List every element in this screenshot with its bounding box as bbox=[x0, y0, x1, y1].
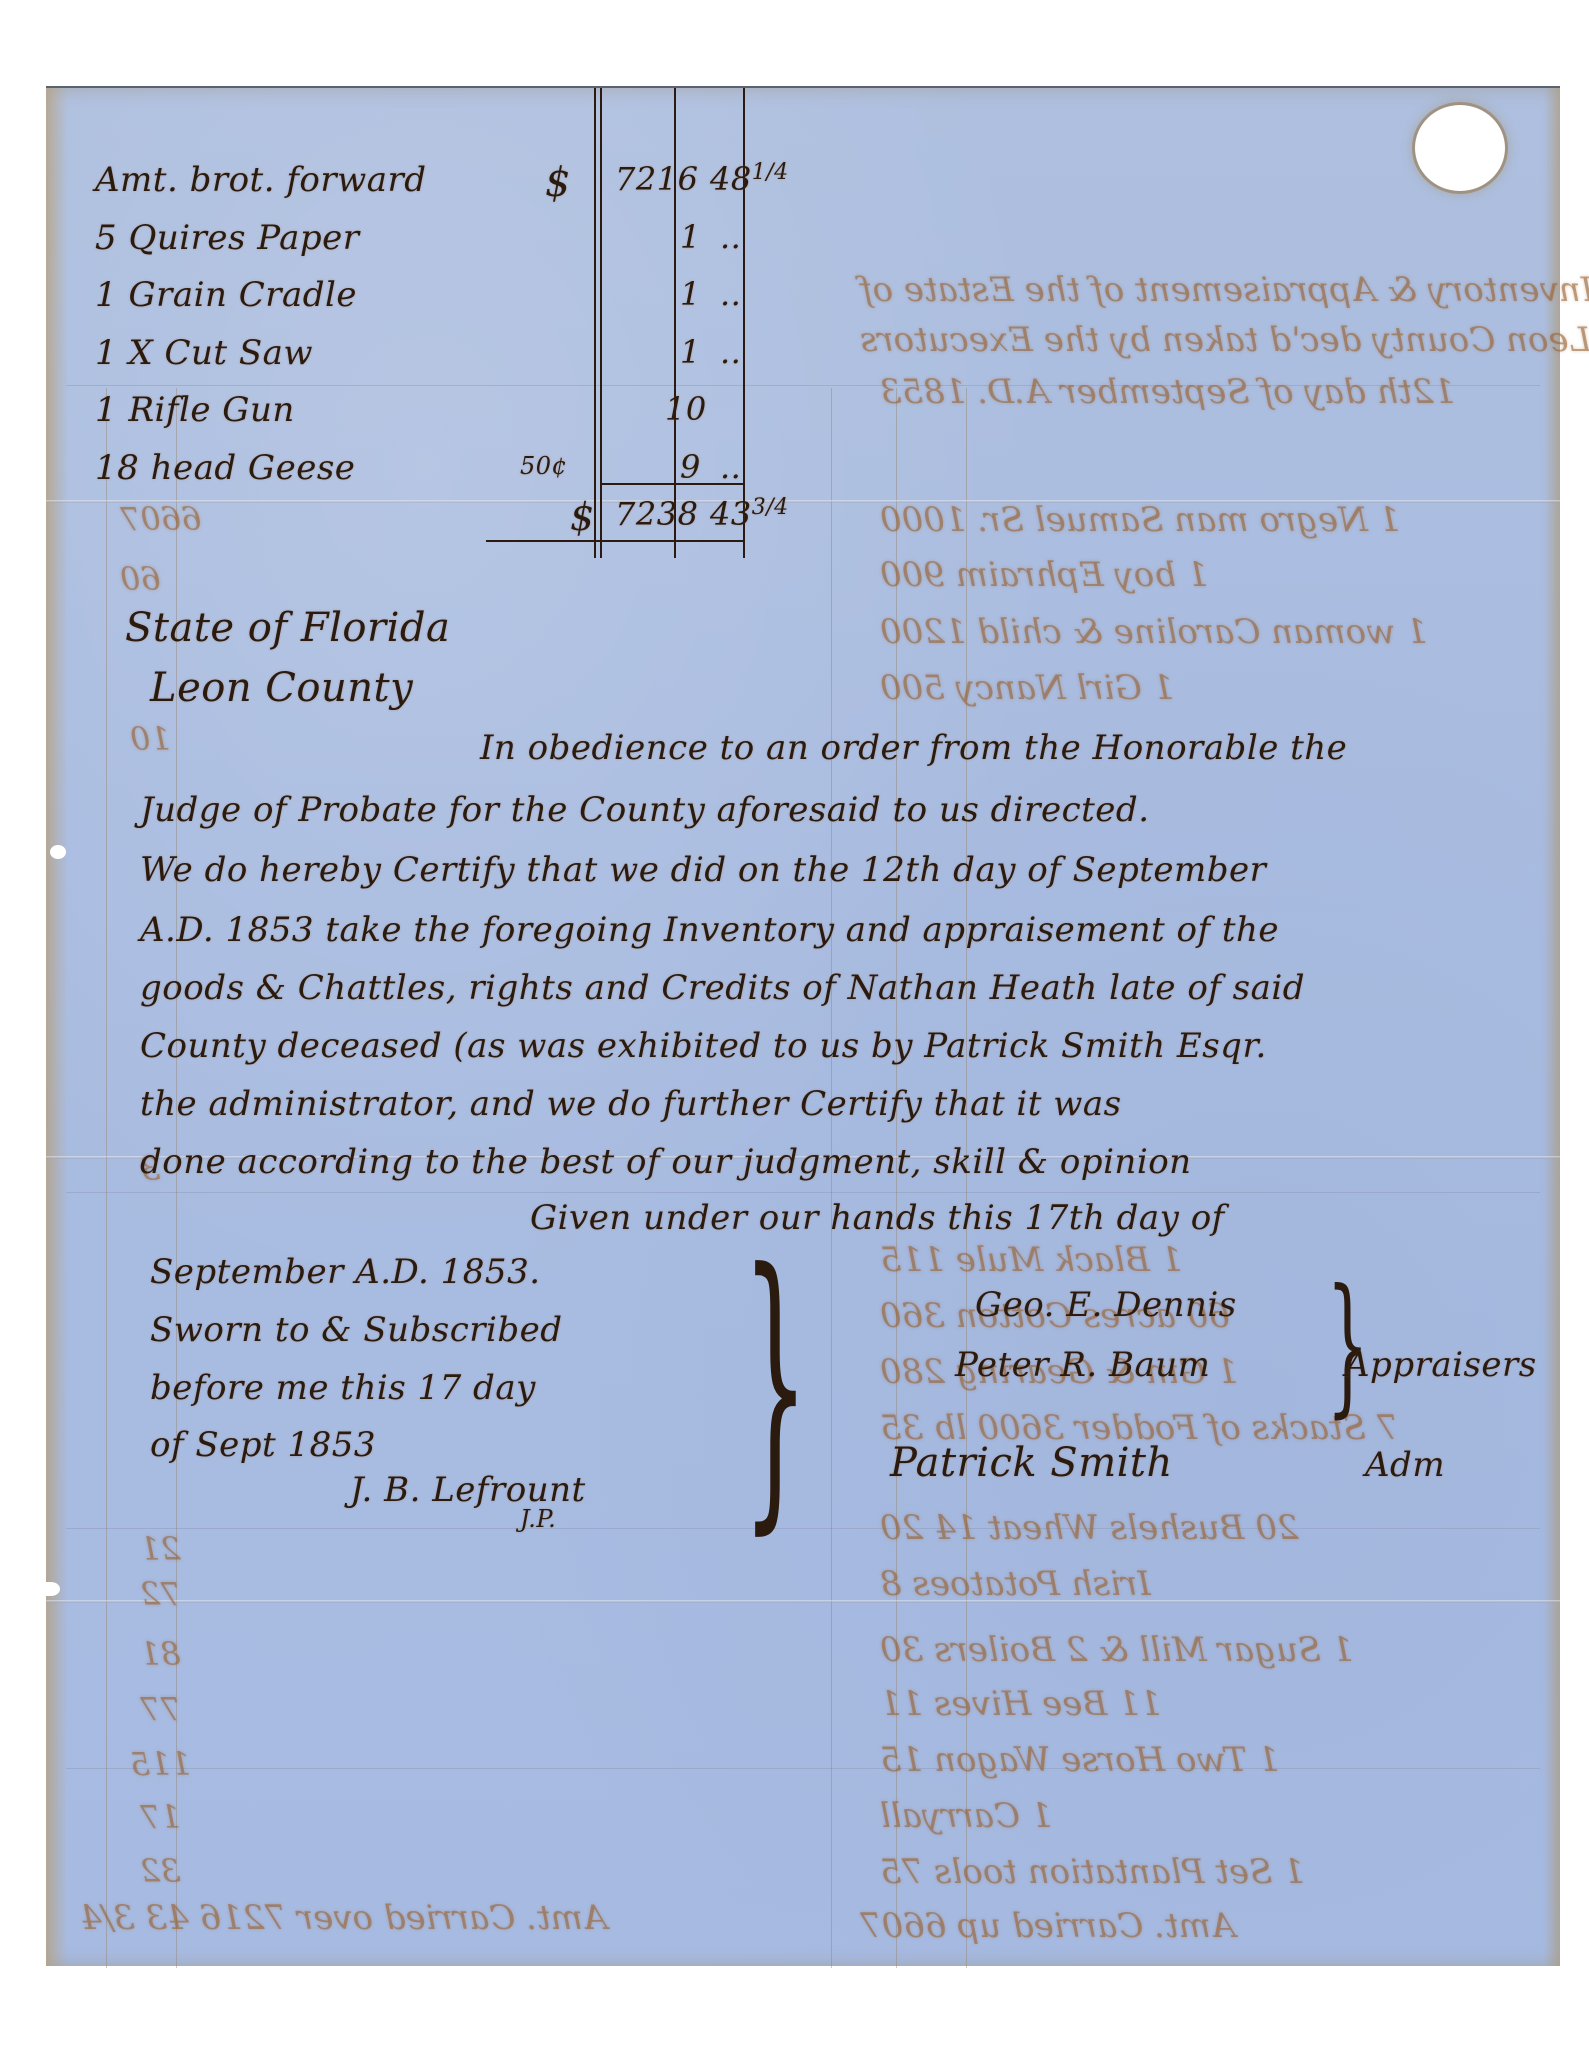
aged-edge-left bbox=[46, 88, 68, 1966]
ledger-item-dollars: 9 bbox=[680, 448, 701, 486]
ledger-item-description: 5 Quires Paper bbox=[95, 218, 359, 258]
jurat-brace: } bbox=[742, 1235, 809, 1535]
ledger-item-cents: 481/4 bbox=[710, 160, 789, 198]
certificate-line: goods & Chattles, rights and Credits of … bbox=[140, 968, 1305, 1008]
ledger-item-description: 18 head Geese bbox=[95, 448, 355, 488]
bleed-through-item: Irish Potatoes 8 bbox=[880, 1564, 1151, 1604]
justice-title: J.P. bbox=[520, 1505, 556, 1533]
ledger-item-dollars: 7216 bbox=[615, 160, 698, 198]
ledger-item-dollars: 1 bbox=[680, 275, 701, 313]
bleed-through-value: 77 bbox=[140, 1690, 181, 1728]
paper-fold bbox=[46, 1600, 1560, 1603]
ledger-ink-column bbox=[743, 88, 745, 558]
administrator-title: Adm bbox=[1365, 1445, 1445, 1485]
ledger-total-dollars: 7238 bbox=[615, 495, 698, 533]
ledger-rule bbox=[66, 1768, 1540, 1769]
bleed-through-item: 1 Girl Nancy 500 bbox=[880, 668, 1174, 708]
jurat-line: before me this 17 day bbox=[150, 1368, 536, 1408]
ledger-item-description: 1 Grain Cradle bbox=[95, 275, 357, 315]
ledger-item-cents: .. bbox=[720, 275, 741, 313]
certificate-line: Given under our hands this 17th day of bbox=[530, 1198, 1225, 1238]
certificate-state: State of Florida bbox=[125, 605, 450, 651]
ledger-item-cents: .. bbox=[720, 218, 741, 256]
bleed-through-value: 115 bbox=[130, 1745, 191, 1783]
bleed-through-value: 10 bbox=[130, 720, 171, 758]
bleed-through-item: Amt. Carried up 6607 bbox=[860, 1906, 1235, 1946]
paper-tear bbox=[50, 845, 66, 859]
ledger-item-cents: .. bbox=[720, 448, 741, 486]
bleed-through-header: 12th day of September A.D. 1853 bbox=[880, 372, 1455, 412]
bleed-through-value: 6607 bbox=[120, 500, 201, 538]
bleed-through-item: 1 Sugar Mill & 2 Boilers 30 bbox=[880, 1630, 1354, 1670]
ledger-item-description: Amt. brot. forward bbox=[95, 160, 427, 200]
certificate-line: In obedience to an order from the Honora… bbox=[480, 728, 1347, 768]
ledger-column-rule bbox=[106, 388, 107, 1968]
aged-edge-right bbox=[1544, 88, 1560, 1966]
bleed-through-item: 1 Two Horse Wagon 15 bbox=[880, 1740, 1280, 1780]
certificate-line: the administrator, and we do further Cer… bbox=[140, 1084, 1122, 1124]
bleed-through-item: 1 woman Caroline & child 1200 bbox=[880, 612, 1428, 652]
ledger-ink-column bbox=[674, 88, 676, 558]
ledger-total-currency-sign: $ bbox=[570, 495, 595, 539]
ledger-item-description: 1 Rifle Gun bbox=[95, 390, 295, 430]
bleed-through-item: 1 Negro man Samuel Sr. 1000 bbox=[880, 500, 1400, 540]
ledger-currency-sign: $ bbox=[545, 160, 571, 206]
bleed-through-footer: Amt. Carried over 7216 43 3/4 bbox=[80, 1898, 607, 1938]
ledger-item-dollars: 1 bbox=[680, 218, 701, 256]
ledger-item-dollars: 1 bbox=[680, 333, 701, 371]
ledger-total-cents: 433/4 bbox=[710, 495, 789, 533]
ledger-item-rate: 50¢ bbox=[520, 452, 567, 480]
justice-signature: J. B. Lefrount bbox=[350, 1470, 586, 1510]
paper-tear bbox=[42, 1582, 60, 1596]
certificate-line: County deceased (as was exhibited to us … bbox=[140, 1026, 1267, 1066]
bleed-through-item: 1 Black Mule 115 bbox=[880, 1240, 1182, 1280]
ledger-rule bbox=[66, 1192, 1540, 1193]
appraiser-signature: Peter R. Baum bbox=[955, 1345, 1210, 1385]
appraisers-label: Appraisers bbox=[1345, 1345, 1537, 1385]
bleed-through-item: 11 Bee Hives 11 bbox=[880, 1684, 1161, 1724]
certificate-line: A.D. 1853 take the foregoing Inventory a… bbox=[140, 910, 1279, 950]
bleed-through-header: Inventory & Appraisement of the Estate o… bbox=[860, 270, 1589, 310]
certificate-line: September A.D. 1853. bbox=[150, 1252, 541, 1292]
jurat-line: Sworn to & Subscribed bbox=[150, 1310, 563, 1350]
ledger-total-underline bbox=[486, 540, 744, 542]
certificate-county: Leon County bbox=[150, 665, 413, 711]
administrator-signature: Patrick Smith bbox=[890, 1440, 1173, 1486]
punch-hole bbox=[1415, 105, 1505, 191]
ledger-item-cents: .. bbox=[720, 333, 741, 371]
ledger-item-dollars: 10 bbox=[665, 390, 707, 428]
jurat-line: of Sept 1853 bbox=[150, 1425, 376, 1465]
ledger-ink-column bbox=[600, 88, 602, 558]
bleed-through-item: 1 Carryall bbox=[880, 1796, 1052, 1836]
bleed-through-header: late of Leon County dec'd taken by the E… bbox=[860, 320, 1589, 360]
ledger-ink-column bbox=[594, 88, 596, 558]
bleed-through-item: 1 boy Ephraim 900 bbox=[880, 555, 1209, 595]
appraiser-signature: Geo. E. Dennis bbox=[975, 1285, 1237, 1325]
ledger-item-description: 1 X Cut Saw bbox=[95, 333, 313, 373]
bleed-through-value: 60 bbox=[120, 560, 161, 598]
certificate-line: done according to the best of our judgme… bbox=[140, 1142, 1192, 1182]
certificate-line: We do hereby Certify that we did on the … bbox=[140, 850, 1266, 890]
bleed-through-value: 32 bbox=[140, 1852, 181, 1890]
bleed-through-value: 72 bbox=[140, 1575, 181, 1613]
certificate-line: Judge of Probate for the County aforesai… bbox=[140, 790, 1150, 830]
bleed-through-value: 81 bbox=[140, 1635, 181, 1673]
bleed-through-item: 20 Bushels Wheat 14 20 bbox=[880, 1508, 1299, 1548]
bleed-through-value: 17 bbox=[140, 1798, 181, 1836]
bleed-through-value: 21 bbox=[140, 1530, 181, 1568]
bleed-through-item: 1 Set Plantation tools 75 bbox=[880, 1852, 1305, 1892]
